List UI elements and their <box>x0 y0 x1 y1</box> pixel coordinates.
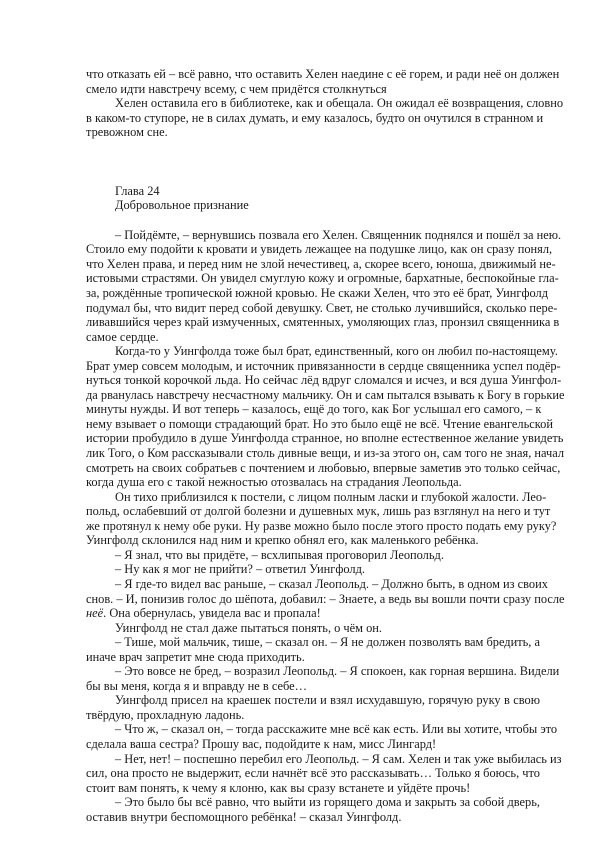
text-line: самое сердце. <box>86 330 540 345</box>
paragraph: Когда-то у Уингфолда тоже был брат, един… <box>86 344 540 489</box>
text-line: Брат умер совсем молодым, и источник при… <box>86 359 540 374</box>
text-line: за, рождённые тропической южной кровью. … <box>86 286 540 301</box>
text-line: иначе врач запретит мне сюда приходить. <box>86 650 540 665</box>
dialogue-paragraph: – Я знал, что вы придёте, – всхлипывая п… <box>86 548 540 563</box>
text-line: смело идти навстречу всему, с чем придёт… <box>86 82 540 97</box>
text-line: польд, ослабевший от долгой болезни и ду… <box>86 504 540 519</box>
paragraph: Хелен оставила его в библиотеке, как и о… <box>86 96 540 140</box>
spacer <box>86 140 540 184</box>
text-line: что отказать ей – всё равно, что оставит… <box>86 67 540 82</box>
text-line: Уингфолд не стал даже пытаться понять, о… <box>86 621 540 636</box>
document-page: что отказать ей – всё равно, что оставит… <box>86 67 540 824</box>
text-line: – Я где-то видел вас раньше, – сказал Ле… <box>86 577 540 592</box>
dialogue-paragraph: – Это было бы всё равно, что выйти из го… <box>86 795 540 824</box>
text-line: что Хелен права, и перед ним не злой неч… <box>86 257 540 272</box>
text-line: Стоило ему подойти к кровати и увидеть л… <box>86 242 540 257</box>
dialogue-paragraph: – Нет, нет! – поспешно перебил его Леопо… <box>86 752 540 796</box>
text-line: – Что ж, – сказал он, – тогда расскажите… <box>86 722 540 737</box>
text-line: лик Того, о Ком рассказывали столь дивны… <box>86 446 540 461</box>
spacer <box>86 213 540 228</box>
text-line: ливавшийся через край измученных, смятен… <box>86 315 540 330</box>
text-line: – Это было бы всё равно, что выйти из го… <box>86 795 540 810</box>
text-line: Он тихо приблизился к постели, с лицом п… <box>86 490 540 505</box>
text-line: – Пойдёмте, – вернувшись позвала его Хел… <box>86 228 540 243</box>
text-fragment: . Она обернулась, увидела вас и пропала! <box>103 606 321 620</box>
text-line: оставив внутри беспомощного ребёнка! – с… <box>86 810 540 825</box>
chapter-title: Добровольное признание <box>86 198 540 213</box>
text-line: Когда-то у Уингфолда тоже был брат, един… <box>86 344 540 359</box>
text-line: – Это вовсе не бред, – возразил Леопольд… <box>86 664 540 679</box>
text-line: сил, она просто не выдержит, если начнёт… <box>86 766 540 781</box>
text-line: – Ну как я мог не прийти? – ответил Уинг… <box>86 562 540 577</box>
text-line: смотреть на своих собратьев с почтением … <box>86 461 540 476</box>
text-line: твёрдую, прохладную ладонь. <box>86 708 540 723</box>
paragraph: что отказать ей – всё равно, что оставит… <box>86 67 540 96</box>
text-line: Уингфолд присел на краешек постели и взя… <box>86 693 540 708</box>
chapter-number: Глава 24 <box>86 184 540 199</box>
text-line: снов. – И, понизив голос до шёпота, доба… <box>86 592 540 607</box>
text-line: – Тише, мой мальчик, тише, – сказал он. … <box>86 635 540 650</box>
text-line: минуты нужды. И вот теперь – казалось, е… <box>86 402 540 417</box>
dialogue-paragraph: – Ну как я мог не прийти? – ответил Уинг… <box>86 562 540 577</box>
paragraph: Уингфолд присел на краешек постели и взя… <box>86 693 540 722</box>
text-line: бы вы меня, когда я и вправду не в себе… <box>86 679 540 694</box>
text-line: тревожном сне. <box>86 125 540 140</box>
text-line: истории пробудило в душе Уингфолда стран… <box>86 431 540 446</box>
text-line: истовыми страстями. Он увидел смуглую ко… <box>86 271 540 286</box>
text-line: подумал бы, что видит перед собой девушк… <box>86 301 540 316</box>
text-line: да рванулась навстречу несчастному мальч… <box>86 388 540 403</box>
text-line: же протянул к нему обе руки. Ну разве мо… <box>86 519 540 534</box>
text-line: – Нет, нет! – поспешно перебил его Леопо… <box>86 752 540 767</box>
text-line: нуться тонкой корочкой льда. Но сейчас л… <box>86 373 540 388</box>
paragraph: – Пойдёмте, – вернувшись позвала его Хел… <box>86 228 540 344</box>
text-line: стоит вам понять, к чему я клоню, как вы… <box>86 781 540 796</box>
text-line: когда душа его с такой нежностью отозвал… <box>86 475 540 490</box>
text-line: Уингфолд склонился над ним и крепко обня… <box>86 533 540 548</box>
dialogue-paragraph: – Что ж, – сказал он, – тогда расскажите… <box>86 722 540 751</box>
dialogue-paragraph: – Я где-то видел вас раньше, – сказал Ле… <box>86 577 540 621</box>
text-line: Хелен оставила его в библиотеке, как и о… <box>86 96 540 111</box>
text-line: – Я знал, что вы придёте, – всхлипывая п… <box>86 548 540 563</box>
paragraph: Уингфолд не стал даже пытаться понять, о… <box>86 621 540 636</box>
dialogue-paragraph: – Тише, мой мальчик, тише, – сказал он. … <box>86 635 540 664</box>
italic-emphasis: неё <box>86 606 103 620</box>
text-line: в каком-то ступоре, не в силах думать, и… <box>86 111 540 126</box>
paragraph: Он тихо приблизился к постели, с лицом п… <box>86 490 540 548</box>
text-line: сделала ваша сестра? Прошу вас, подойдит… <box>86 737 540 752</box>
text-line: нему взывает о помощи страдающий брат. Н… <box>86 417 540 432</box>
text-line: неё. Она обернулась, увидела вас и пропа… <box>86 606 540 621</box>
dialogue-paragraph: – Это вовсе не бред, – возразил Леопольд… <box>86 664 540 693</box>
